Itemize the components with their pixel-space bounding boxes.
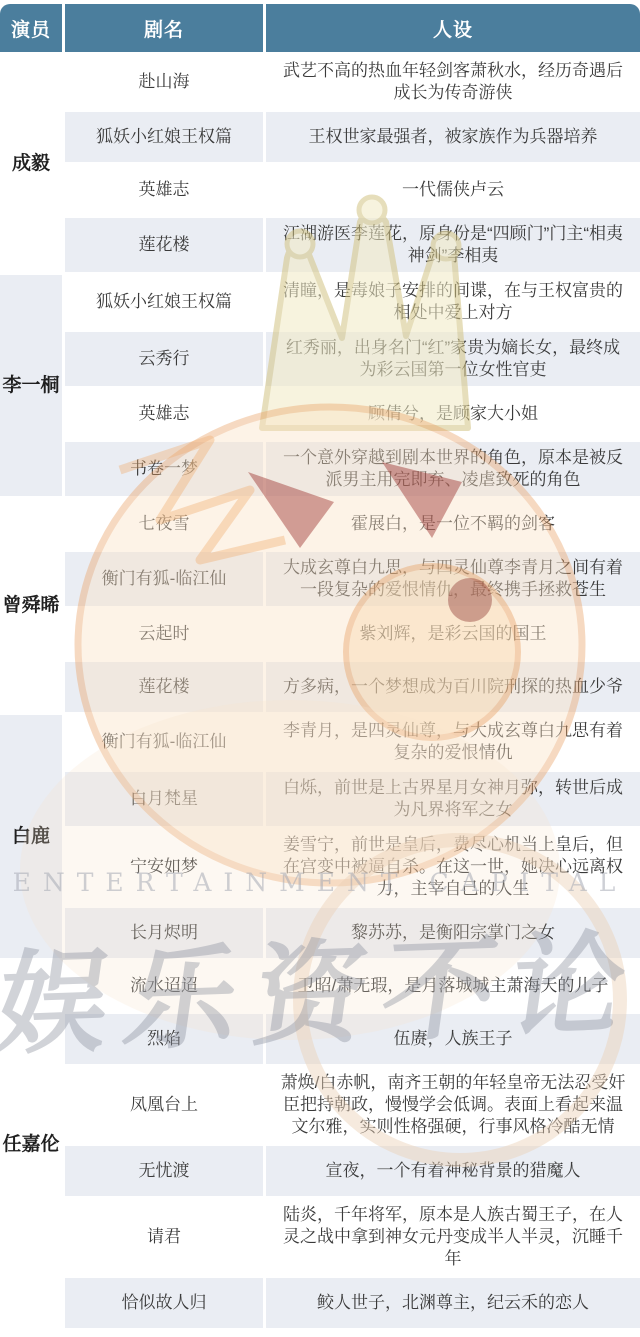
drama-title-cell: 衡门有狐-临江仙 xyxy=(65,552,263,606)
table-row: 赴山海武艺不高的热血年轻剑客萧秋水，经历奇遇后成长为传奇游侠 xyxy=(65,55,640,109)
header-col-actor: 演员 xyxy=(0,4,62,52)
role-description-cell: 萧焕/白赤帆，南齐王朝的年轻皇帝无法忍受奸臣把持朝政，慢慢学会低调。表面上看起来… xyxy=(266,1067,640,1143)
drama-title-cell: 云秀行 xyxy=(65,332,263,386)
table-row: 流水迢迢卫昭/萧无瑕，是月落城城主萧海天的儿子 xyxy=(65,961,640,1011)
drama-title-cell: 莲花楼 xyxy=(65,218,263,272)
actor-group: 任嘉伦流水迢迢卫昭/萧无瑕，是月落城城主萧海天的儿子烈焰伍赓，人族王子凤凰台上萧… xyxy=(0,961,640,1328)
role-description-cell: 卫昭/萧无瑕，是月落城城主萧海天的儿子 xyxy=(266,961,640,1011)
group-rows: 狐妖小红娘王权篇清瞳，是毒娘子安排的间谍，在与王权富贵的相处中爱上对方云秀行红秀… xyxy=(65,275,640,496)
actor-cell: 曾舜晞 xyxy=(0,499,62,712)
role-description-cell: 宣夜，一个有着神秘背景的猎魔人 xyxy=(266,1146,640,1196)
actor-group: 白鹿衡门有狐-临江仙李青月，是四灵仙尊，与大成玄尊白九思有着复杂的爱恨情仇白月梵… xyxy=(0,715,640,958)
drama-title-cell: 无忧渡 xyxy=(65,1146,263,1196)
role-description-cell: 霍展白，是一位不羁的剑客 xyxy=(266,499,640,549)
actor-cell: 任嘉伦 xyxy=(0,961,62,1328)
role-description-cell: 白烁，前世是上古界星月女神月弥，转世后成为凡界将军之女 xyxy=(266,772,640,826)
drama-title-cell: 恰似故人归 xyxy=(65,1278,263,1328)
table-row: 衡门有狐-临江仙李青月，是四灵仙尊，与大成玄尊白九思有着复杂的爱恨情仇 xyxy=(65,715,640,769)
table-row: 白月梵星白烁，前世是上古界星月女神月弥，转世后成为凡界将军之女 xyxy=(65,772,640,826)
role-description-cell: 鲛人世子，北渊尊主，纪云禾的恋人 xyxy=(266,1278,640,1328)
table-row: 衡门有狐-临江仙大成玄尊白九思，与四灵仙尊李青月之间有着一段复杂的爱恨情仇，最终… xyxy=(65,552,640,606)
page: ENTERTAINMENT CAPITAL 娱乐资不论 演员 剧名 人设 成毅赴… xyxy=(0,0,640,1337)
table-row: 七夜雪霍展白，是一位不羁的剑客 xyxy=(65,499,640,549)
role-description-cell: 一代儒侠卢云 xyxy=(266,165,640,215)
drama-title-cell: 狐妖小红娘王权篇 xyxy=(65,112,263,162)
drama-title-cell: 请君 xyxy=(65,1199,263,1275)
table-row: 英雄志顾倩兮，是顾家大小姐 xyxy=(65,389,640,439)
role-description-cell: 陆炎，千年将军，原本是人族古蜀王子，在人灵之战中拿到神女元丹变成半人半灵，沉睡千… xyxy=(266,1199,640,1275)
actor-cell: 李一桐 xyxy=(0,275,62,496)
table-row: 凤凰台上萧焕/白赤帆，南齐王朝的年轻皇帝无法忍受奸臣把持朝政，慢慢学会低调。表面… xyxy=(65,1067,640,1143)
drama-title-cell: 云起时 xyxy=(65,609,263,659)
drama-title-cell: 狐妖小红娘王权篇 xyxy=(65,275,263,329)
drama-title-cell: 白月梵星 xyxy=(65,772,263,826)
header-col-drama: 剧名 xyxy=(65,4,263,52)
role-description-cell: 姜雪宁，前世是皇后，费尽心机当上皇后，但在宫变中被逼自杀。在这一世，她决心远离权… xyxy=(266,829,640,905)
drama-title-cell: 宁安如梦 xyxy=(65,829,263,905)
header-col-role: 人设 xyxy=(266,4,640,52)
drama-title-cell: 凤凰台上 xyxy=(65,1067,263,1143)
role-description-cell: 大成玄尊白九思，与四灵仙尊李青月之间有着一段复杂的爱恨情仇，最终携手拯救苍生 xyxy=(266,552,640,606)
role-description-cell: 王权世家最强者，被家族作为兵器培养 xyxy=(266,112,640,162)
table-row: 云秀行红秀丽，出身名门“红”家贵为嫡长女，最终成为彩云国第一位女性官吏 xyxy=(65,332,640,386)
group-rows: 七夜雪霍展白，是一位不羁的剑客衡门有狐-临江仙大成玄尊白九思，与四灵仙尊李青月之… xyxy=(65,499,640,712)
role-description-cell: 黎苏苏，是衡阳宗掌门之女 xyxy=(266,908,640,958)
drama-title-cell: 赴山海 xyxy=(65,55,263,109)
actor-cell: 白鹿 xyxy=(0,715,62,958)
drama-title-cell: 长月烬明 xyxy=(65,908,263,958)
group-rows: 赴山海武艺不高的热血年轻剑客萧秋水，经历奇遇后成长为传奇游侠狐妖小红娘王权篇王权… xyxy=(65,55,640,272)
role-description-cell: 紫刘辉，是彩云国的国王 xyxy=(266,609,640,659)
drama-title-cell: 衡门有狐-临江仙 xyxy=(65,715,263,769)
drama-title-cell: 莲花楼 xyxy=(65,662,263,712)
drama-roles-table: 演员 剧名 人设 成毅赴山海武艺不高的热血年轻剑客萧秋水，经历奇遇后成长为传奇游… xyxy=(0,0,640,1337)
role-description-cell: 方多病，一个梦想成为百川院刑探的热血少爷 xyxy=(266,662,640,712)
actor-group: 曾舜晞七夜雪霍展白，是一位不羁的剑客衡门有狐-临江仙大成玄尊白九思，与四灵仙尊李… xyxy=(0,499,640,712)
actor-group: 李一桐狐妖小红娘王权篇清瞳，是毒娘子安排的间谍，在与王权富贵的相处中爱上对方云秀… xyxy=(0,275,640,496)
table-row: 莲花楼江湖游医李莲花，原身份是“四顾门”门主“相夷神剑”李相夷 xyxy=(65,218,640,272)
actor-group: 成毅赴山海武艺不高的热血年轻剑客萧秋水，经历奇遇后成长为传奇游侠狐妖小红娘王权篇… xyxy=(0,55,640,272)
role-description-cell: 武艺不高的热血年轻剑客萧秋水，经历奇遇后成长为传奇游侠 xyxy=(266,55,640,109)
drama-title-cell: 英雄志 xyxy=(65,389,263,439)
table-row: 宁安如梦姜雪宁，前世是皇后，费尽心机当上皇后，但在宫变中被逼自杀。在这一世，她决… xyxy=(65,829,640,905)
role-description-cell: 顾倩兮，是顾家大小姐 xyxy=(266,389,640,439)
table-row: 莲花楼方多病，一个梦想成为百川院刑探的热血少爷 xyxy=(65,662,640,712)
table-row: 恰似故人归鲛人世子，北渊尊主，纪云禾的恋人 xyxy=(65,1278,640,1328)
table-row: 狐妖小红娘王权篇王权世家最强者，被家族作为兵器培养 xyxy=(65,112,640,162)
role-description-cell: 李青月，是四灵仙尊，与大成玄尊白九思有着复杂的爱恨情仇 xyxy=(266,715,640,769)
drama-title-cell: 书卷一梦 xyxy=(65,442,263,496)
role-description-cell: 清瞳，是毒娘子安排的间谍，在与王权富贵的相处中爱上对方 xyxy=(266,275,640,329)
role-description-cell: 红秀丽，出身名门“红”家贵为嫡长女，最终成为彩云国第一位女性官吏 xyxy=(266,332,640,386)
drama-title-cell: 英雄志 xyxy=(65,165,263,215)
role-description-cell: 伍赓，人族王子 xyxy=(266,1014,640,1064)
table-row: 无忧渡宣夜，一个有着神秘背景的猎魔人 xyxy=(65,1146,640,1196)
table-row: 狐妖小红娘王权篇清瞳，是毒娘子安排的间谍，在与王权富贵的相处中爱上对方 xyxy=(65,275,640,329)
table-row: 英雄志一代儒侠卢云 xyxy=(65,165,640,215)
table-row: 书卷一梦一个意外穿越到剧本世界的角色，原本是被反派男主用完即弃、凌虐致死的角色 xyxy=(65,442,640,496)
table-row: 请君陆炎，千年将军，原本是人族古蜀王子，在人灵之战中拿到神女元丹变成半人半灵，沉… xyxy=(65,1199,640,1275)
role-description-cell: 一个意外穿越到剧本世界的角色，原本是被反派男主用完即弃、凌虐致死的角色 xyxy=(266,442,640,496)
group-rows: 流水迢迢卫昭/萧无瑕，是月落城城主萧海天的儿子烈焰伍赓，人族王子凤凰台上萧焕/白… xyxy=(65,961,640,1328)
group-rows: 衡门有狐-临江仙李青月，是四灵仙尊，与大成玄尊白九思有着复杂的爱恨情仇白月梵星白… xyxy=(65,715,640,958)
table-row: 云起时紫刘辉，是彩云国的国王 xyxy=(65,609,640,659)
table-row: 长月烬明黎苏苏，是衡阳宗掌门之女 xyxy=(65,908,640,958)
role-description-cell: 江湖游医李莲花，原身份是“四顾门”门主“相夷神剑”李相夷 xyxy=(266,218,640,272)
drama-title-cell: 烈焰 xyxy=(65,1014,263,1064)
drama-title-cell: 流水迢迢 xyxy=(65,961,263,1011)
table-body: 成毅赴山海武艺不高的热血年轻剑客萧秋水，经历奇遇后成长为传奇游侠狐妖小红娘王权篇… xyxy=(0,55,640,1328)
table-header: 演员 剧名 人设 xyxy=(0,4,640,52)
actor-cell: 成毅 xyxy=(0,55,62,272)
table-row: 烈焰伍赓，人族王子 xyxy=(65,1014,640,1064)
drama-title-cell: 七夜雪 xyxy=(65,499,263,549)
